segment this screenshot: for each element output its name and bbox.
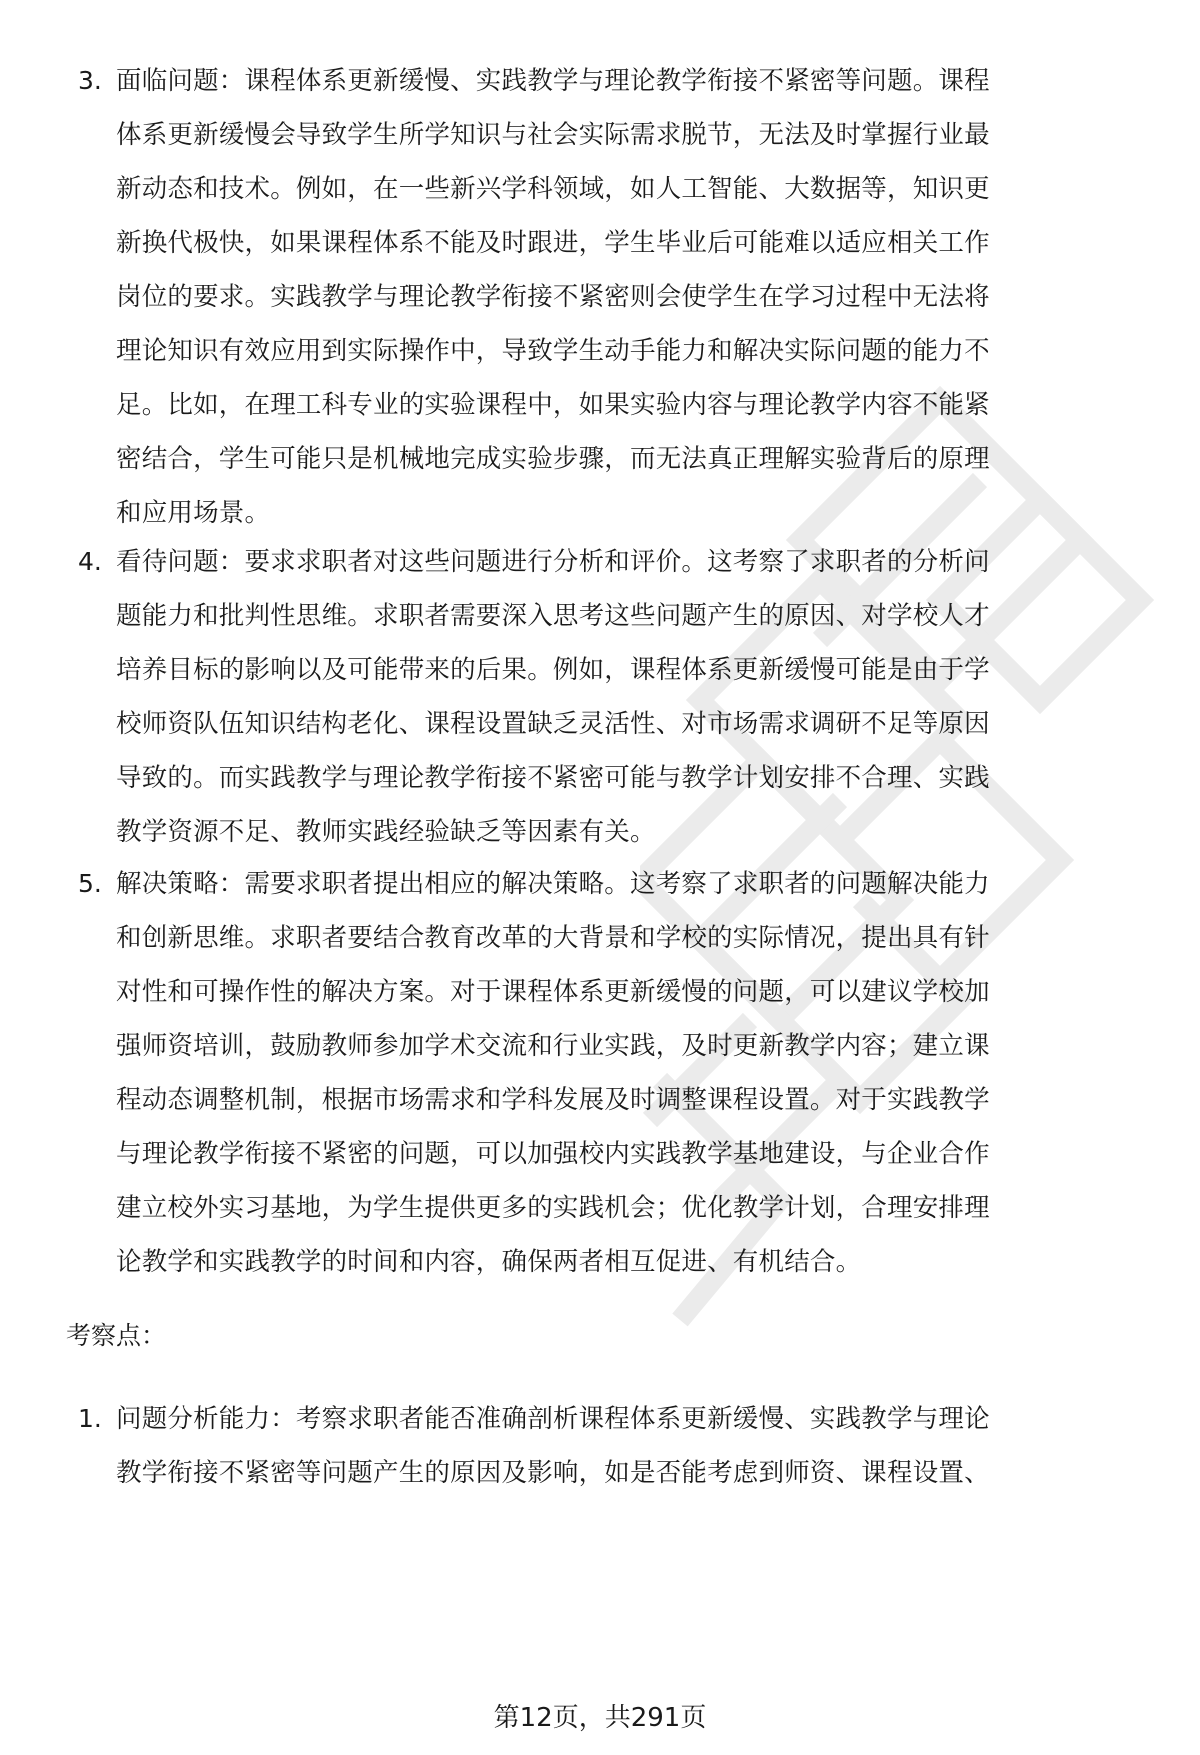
text-line: 解决策略：需要求职者提出相应的解决策略。这考察了求职者的问题解决能力 [116, 857, 1036, 911]
list-item-number: 5. [78, 857, 102, 911]
text-line: 体系更新缓慢会导致学生所学知识与社会实际需求脱节，无法及时掌握行业最 [116, 108, 1036, 162]
text-line: 面临问题：课程体系更新缓慢、实践教学与理论教学衔接不紧密等问题。课程 [116, 54, 1036, 108]
text-line: 新动态和技术。例如，在一些新兴学科领域，如人工智能、大数据等，知识更 [116, 162, 1036, 216]
text-line: 题能力和批判性思维。求职者需要深入思考这些问题产生的原因、对学校人才 [116, 589, 1036, 643]
section-heading-assessment-points: 考察点： [66, 1316, 166, 1356]
text-line: 建立校外实习基地，为学生提供更多的实践机会；优化教学计划，合理安排理 [116, 1181, 1036, 1235]
list-item-text: 解决策略：需要求职者提出相应的解决策略。这考察了求职者的问题解决能力 和创新思维… [116, 857, 1036, 1289]
text-line: 培养目标的影响以及可能带来的后果。例如，课程体系更新缓慢可能是由于学 [116, 643, 1036, 697]
text-line: 与理论教学衔接不紧密的问题，可以加强校内实践教学基地建设，与企业合作 [116, 1127, 1036, 1181]
list-item-text: 看待问题：要求求职者对这些问题进行分析和评价。这考察了求职者的分析问 题能力和批… [116, 535, 1036, 859]
text-line: 程动态调整机制，根据市场需求和学科发展及时调整课程设置。对于实践教学 [116, 1073, 1036, 1127]
text-line: 新换代极快，如果课程体系不能及时跟进，学生毕业后可能难以适应相关工作 [116, 216, 1036, 270]
text-line: 看待问题：要求求职者对这些问题进行分析和评价。这考察了求职者的分析问 [116, 535, 1036, 589]
text-line: 足。比如，在理工科专业的实验课程中，如果实验内容与理论教学内容不能紧 [116, 378, 1036, 432]
text-line: 教学资源不足、教师实践经验缺乏等因素有关。 [116, 805, 1036, 859]
text-line: 和创新思维。求职者要结合教育改革的大背景和学校的实际情况，提出具有针 [116, 911, 1036, 965]
text-line: 强师资培训，鼓励教师参加学术交流和行业实践，及时更新教学内容；建立课 [116, 1019, 1036, 1073]
text-line: 对性和可操作性的解决方案。对于课程体系更新缓慢的问题，可以建议学校加 [116, 965, 1036, 1019]
text-line: 校师资队伍知识结构老化、课程设置缺乏灵活性、对市场需求调研不足等原因 [116, 697, 1036, 751]
text-line: 教学衔接不紧密等问题产生的原因及影响，如是否能考虑到师资、课程设置、 [116, 1446, 1036, 1500]
text-line: 问题分析能力：考察求职者能否准确剖析课程体系更新缓慢、实践教学与理论 [116, 1392, 1036, 1446]
list-item-number: 3. [78, 54, 102, 108]
document-page: 3. 面临问题：课程体系更新缓慢、实践教学与理论教学衔接不紧密等问题。课程 体系… [0, 0, 1200, 1755]
text-line: 理论知识有效应用到实际操作中，导致学生动手能力和解决实际问题的能力不 [116, 324, 1036, 378]
text-line: 导致的。而实践教学与理论教学衔接不紧密可能与教学计划安排不合理、实践 [116, 751, 1036, 805]
list-item-number: 4. [78, 535, 102, 589]
page-indicator: 第12页，共291页 [0, 1698, 1200, 1738]
text-line: 和应用场景。 [116, 486, 1036, 540]
list-item-text: 问题分析能力：考察求职者能否准确剖析课程体系更新缓慢、实践教学与理论 教学衔接不… [116, 1392, 1036, 1500]
text-line: 论教学和实践教学的时间和内容，确保两者相互促进、有机结合。 [116, 1235, 1036, 1289]
text-line: 岗位的要求。实践教学与理论教学衔接不紧密则会使学生在学习过程中无法将 [116, 270, 1036, 324]
list-item-text: 面临问题：课程体系更新缓慢、实践教学与理论教学衔接不紧密等问题。课程 体系更新缓… [116, 54, 1036, 540]
list-item-number: 1. [78, 1392, 102, 1446]
text-line: 密结合，学生可能只是机械地完成实验步骤，而无法真正理解实验背后的原理 [116, 432, 1036, 486]
